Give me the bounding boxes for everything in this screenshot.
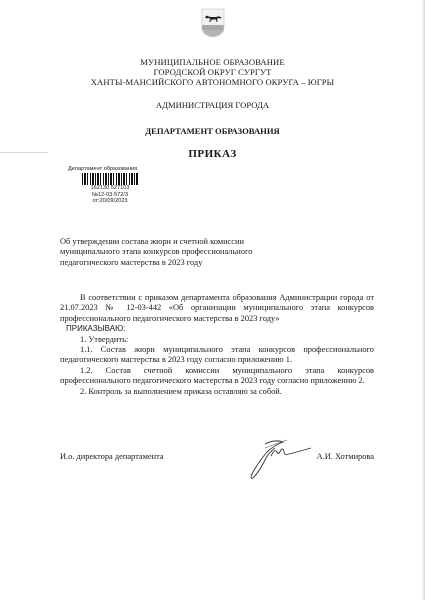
signatory-role: И.о. директора департамента bbox=[60, 452, 164, 461]
surgut-coat-of-arms-icon bbox=[201, 8, 225, 38]
item-1-2: 1.2. Состав счетной комиссии муниципальн… bbox=[60, 366, 374, 387]
registration-stamp: Департамент образования 162130 527103 №1… bbox=[64, 166, 156, 205]
administration-title: АДМИНИСТРАЦИЯ ГОРОДА bbox=[0, 100, 425, 110]
handwritten-signature-icon bbox=[235, 438, 315, 482]
order-word: ПРИКАЗЫВАЮ: bbox=[60, 324, 374, 334]
scan-artifact-line bbox=[0, 152, 48, 153]
document-subject: Об утверждении состава жюри и счетной ко… bbox=[60, 237, 290, 268]
signature-block: И.о. директора департамента А.И. Хотмиро… bbox=[60, 452, 374, 492]
document-body: В соответствии с приказом департамента о… bbox=[60, 293, 374, 397]
header-line-3: ХАНТЫ-МАНСИЙСКОГО АВТОНОМНОГО ОКРУГА – Ю… bbox=[0, 77, 425, 87]
stamp-title: Департамент образования bbox=[64, 166, 156, 172]
registration-date: от:20/09/2023 bbox=[64, 198, 156, 204]
preamble-paragraph: В соответствии с приказом департамента о… bbox=[60, 293, 374, 324]
item-2: 2. Контроль за выполнением приказа остав… bbox=[60, 387, 374, 397]
header-line-1: МУНИЦИПАЛЬНОЕ ОБРАЗОВАНИЕ bbox=[0, 57, 425, 67]
municipality-header: МУНИЦИПАЛЬНОЕ ОБРАЗОВАНИЕ ГОРОДСКОЙ ОКРУ… bbox=[0, 57, 425, 87]
signatory-name: А.И. Хотмирова bbox=[317, 452, 374, 461]
subject-line-2: муниципального этапа конкурсов профессио… bbox=[60, 247, 290, 257]
header-line-2: ГОРОДСКОЙ ОКРУГ СУРГУТ bbox=[0, 67, 425, 77]
subject-line-1: Об утверждении состава жюри и счетной ко… bbox=[60, 237, 290, 247]
document-type-title: ПРИКАЗ bbox=[0, 148, 425, 160]
document-page: МУНИЦИПАЛЬНОЕ ОБРАЗОВАНИЕ ГОРОДСКОЙ ОКРУ… bbox=[0, 0, 425, 600]
barcode-icon bbox=[82, 173, 138, 185]
item-1: 1. Утвердить: bbox=[60, 335, 374, 345]
subject-line-3: педагогического мастерства в 2023 году bbox=[60, 258, 290, 268]
department-title: ДЕПАРТАМЕНТ ОБРАЗОВАНИЯ bbox=[0, 126, 425, 136]
item-1-1: 1.1. Состав жюри муниципального этапа ко… bbox=[60, 345, 374, 366]
